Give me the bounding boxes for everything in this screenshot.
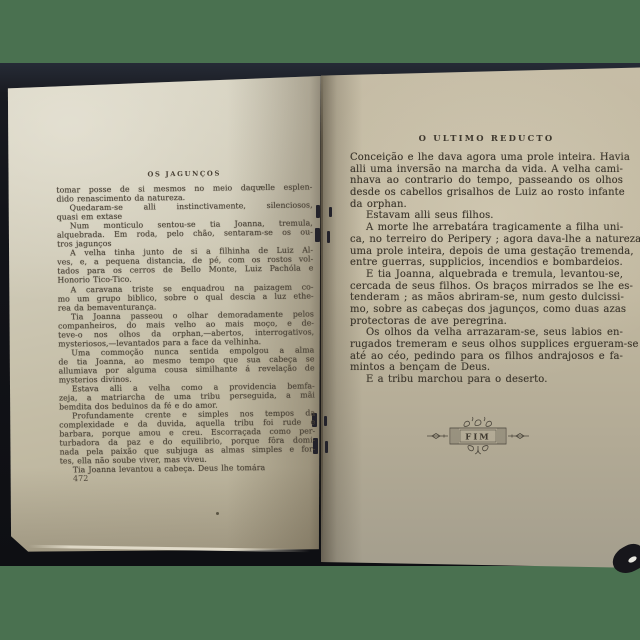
top-scroll-curl <box>464 421 470 426</box>
page-gutter-fold <box>320 70 323 562</box>
text-line: entre guerras, supplicios, incendios e b… <box>350 257 623 269</box>
right-page-text-block: O ULTIMO REDUCTO Conceição e lhe dava ag… <box>350 133 623 386</box>
text-line: cercada de seus filhos. Os braços mirrad… <box>350 281 623 293</box>
text-line: ca, no terreiro do Peripery ; agora dava… <box>350 234 623 246</box>
text-line: tenderam ; as mãos abriram-se, num gesto… <box>350 292 623 304</box>
text-line: uma prole inteira, depois de uma gestaçã… <box>350 246 623 258</box>
binding-stitch <box>316 205 320 218</box>
bottom-scroll-curl <box>483 446 489 451</box>
binding-stitch <box>327 231 330 243</box>
paper-speck <box>216 512 219 515</box>
text-line: desde os cabellos grisalhos de Luiz ao r… <box>350 187 623 199</box>
book-photo: OS JAGUNÇOS tomar posse de si mesmos no … <box>0 0 640 640</box>
text-line: A morte lhe arrebatára tragicamente a fi… <box>350 222 623 234</box>
text-line: E a tribu marchou para o deserto. <box>350 374 623 386</box>
text-line: alli uma inversão na marcha da vida. A v… <box>350 164 623 176</box>
fim-box-hatch-left <box>452 428 458 444</box>
top-scroll-curl <box>475 420 481 426</box>
right-page-text: Conceição e lhe dava agora uma prole int… <box>350 152 623 386</box>
binding-stitch <box>315 228 320 242</box>
text-line: da orphan. <box>350 199 623 211</box>
fim-ornament: FIM <box>426 413 530 459</box>
text-line: mo, sobre as cabeças dos jagunços, como … <box>350 304 623 316</box>
top-scroll-tick <box>472 417 485 421</box>
binding-stitch <box>324 416 327 426</box>
left-running-header: OS JAGUNÇOS <box>56 168 312 179</box>
text-line: mintos a bençam de Deus. <box>350 362 623 374</box>
paper-speck <box>260 186 262 188</box>
text-line: nhava ao contrario do tempo, passeando o… <box>350 175 623 187</box>
bottom-scroll-tail <box>475 446 481 454</box>
fim-label: FIM <box>465 433 490 443</box>
left-page-text-block: OS JAGUNÇOS tomar posse de si mesmos no … <box>56 168 316 475</box>
text-line: Os olhos da velha arrazaram-se, seus lab… <box>350 327 623 339</box>
left-page-text: tomar posse de si mesmos no meio daquell… <box>56 182 316 475</box>
bottom-scroll-curl <box>468 446 474 451</box>
text-line: E tia Joanna, alquebrada e tremula, leva… <box>350 269 623 281</box>
text-line: rugados tremeram e seus olhos supplices … <box>350 339 623 351</box>
text-line: protectoras de ave peregrina. <box>350 316 623 328</box>
top-scroll-curl <box>486 421 492 426</box>
fim-box-hatch-right <box>498 428 504 444</box>
text-line: Conceição e lhe dava agora uma prole int… <box>350 152 623 164</box>
binding-stitch <box>329 207 332 217</box>
page-number: 472 <box>73 474 88 483</box>
binding-stitch <box>325 441 328 453</box>
right-running-header: O ULTIMO REDUCTO <box>350 133 623 143</box>
text-line: até ao céo, pedindo para os filhos andra… <box>350 351 623 363</box>
text-line: Estavam alli seus filhos. <box>350 210 623 222</box>
